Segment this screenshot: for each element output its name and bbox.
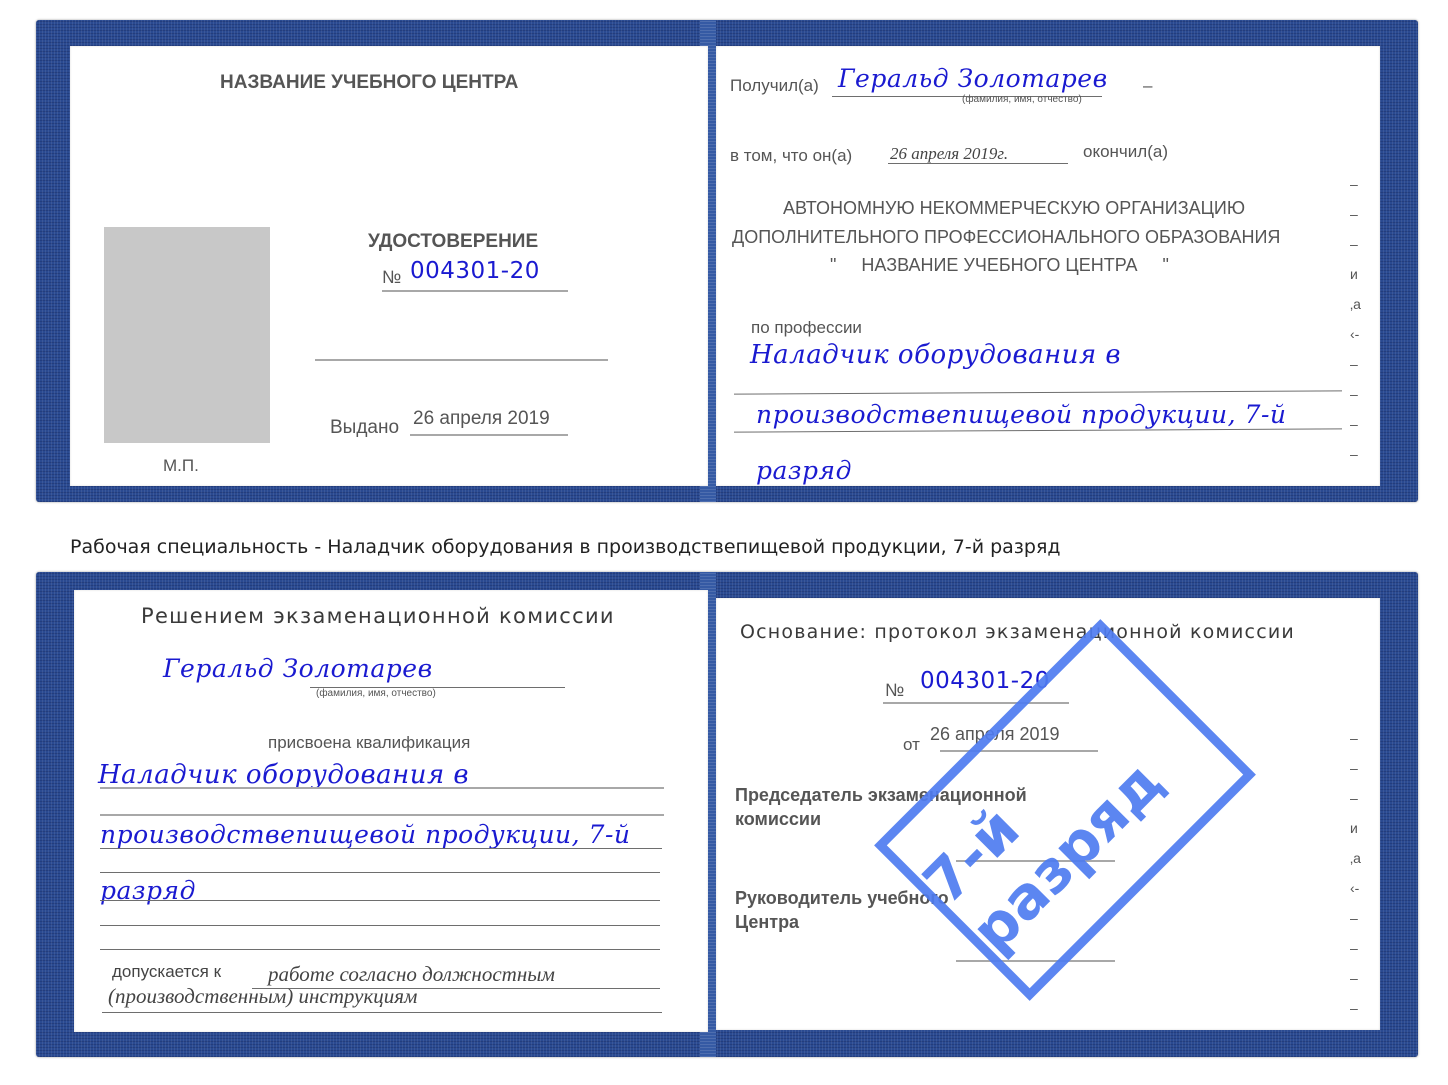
photo-placeholder bbox=[104, 227, 270, 443]
profession-line-2: производствепищевой продукции, 7-й bbox=[756, 400, 1287, 429]
number-underline bbox=[382, 290, 568, 292]
edge-glyph: – bbox=[1350, 970, 1358, 986]
edge-glyph: и bbox=[1350, 820, 1358, 836]
qualification-underline-1b bbox=[100, 814, 664, 816]
issued-date: 26 апреля 2019 bbox=[413, 408, 550, 430]
profession-line-3: разряд bbox=[756, 456, 852, 485]
blank-underline bbox=[315, 359, 608, 361]
issued-label: Выдано bbox=[330, 417, 399, 439]
specialty-caption: Рабочая специальность - Наладчик оборудо… bbox=[70, 534, 1070, 560]
completion-underline bbox=[888, 163, 1068, 164]
protocol-number-label: № bbox=[885, 680, 904, 701]
recipient-name: Геральд Золотарев bbox=[838, 64, 1108, 93]
qualification-line-2: производствепищевой продукции, 7-й bbox=[100, 820, 631, 849]
edge-glyph: и bbox=[1350, 266, 1358, 282]
edge-glyph: – bbox=[1350, 760, 1358, 776]
qualification-underline-2 bbox=[100, 848, 662, 849]
edge-glyph: – bbox=[1350, 446, 1358, 462]
edge-glyph: – bbox=[1350, 940, 1358, 956]
qualification-line-1: Наладчик оборудования в bbox=[98, 760, 469, 790]
certificate-number: 004301-20 bbox=[410, 258, 540, 284]
edge-glyph: – bbox=[1350, 730, 1358, 746]
edge-glyph: – bbox=[1350, 416, 1358, 432]
edge-glyph: – bbox=[1350, 1000, 1358, 1016]
in-that-label: в том, что он(а) bbox=[730, 146, 852, 166]
edge-glyph: ‚а bbox=[1350, 296, 1361, 312]
org-line-1: АВТОНОМНУЮ НЕКОММЕРЧЕСКУЮ ОРГАНИЗАЦИЮ bbox=[783, 198, 1245, 219]
completion-date: 26 апреля 2019г. bbox=[890, 144, 1008, 164]
edge-glyph: – bbox=[1350, 356, 1358, 372]
head-line-1: Руководитель учебного bbox=[735, 888, 949, 909]
received-label: Получил(а) bbox=[730, 76, 819, 96]
qualification-label: присвоена квалификация bbox=[268, 733, 470, 753]
basis-label: Основание: протокол экзаменационной коми… bbox=[740, 621, 1295, 643]
edge-glyph: – bbox=[1350, 206, 1358, 222]
top-edge-chars: –––и‚а‹-–––– bbox=[1350, 176, 1370, 476]
admitted-underline-2 bbox=[102, 1012, 662, 1013]
bottom-edge-chars: –––и‚а‹-–––– bbox=[1350, 730, 1370, 1030]
document-title: УДОСТОВЕРЕНИЕ bbox=[368, 231, 538, 253]
name-hint: (фамилия, имя, отчество) bbox=[962, 94, 1082, 105]
recipient-name-bottom: Геральд Золотарев bbox=[163, 654, 433, 683]
qualification-underline-4 bbox=[100, 949, 660, 950]
stamp-place-label: М.П. bbox=[163, 456, 199, 476]
chairman-line-2: комиссии bbox=[735, 809, 821, 830]
qualification-underline-1 bbox=[100, 787, 664, 789]
profession-label: по профессии bbox=[751, 318, 862, 338]
edge-glyph: – bbox=[1350, 386, 1358, 402]
issued-underline bbox=[410, 434, 568, 436]
edge-glyph: ‹- bbox=[1350, 326, 1359, 342]
profession-line-1: Наладчик оборудования в bbox=[750, 340, 1121, 370]
admitted-label: допускается к bbox=[112, 962, 221, 982]
decision-title: Решением экзаменационной комиссии bbox=[141, 604, 615, 628]
head-line-2: Центра bbox=[735, 912, 799, 933]
edge-glyph: – bbox=[1350, 910, 1358, 926]
admitted-line-2: (производственным) инструкциям bbox=[108, 984, 417, 1009]
edge-glyph: – bbox=[1350, 236, 1358, 252]
edge-glyph: ‚а bbox=[1350, 850, 1361, 866]
qualification-underline-2b bbox=[100, 872, 660, 873]
from-label: от bbox=[903, 735, 920, 755]
qualification-underline-3b bbox=[100, 925, 660, 926]
org-name-heading: НАЗВАНИЕ УЧЕБНОГО ЦЕНТРА bbox=[220, 72, 518, 94]
edge-glyph: ‹- bbox=[1350, 880, 1359, 896]
org-line-3: " НАЗВАНИЕ УЧЕБНОГО ЦЕНТРА " bbox=[830, 255, 1169, 276]
dash: – bbox=[1143, 76, 1152, 96]
qualification-underline-3 bbox=[100, 900, 660, 901]
org-line-2: ДОПОЛНИТЕЛЬНОГО ПРОФЕССИОНАЛЬНОГО ОБРАЗО… bbox=[732, 227, 1280, 248]
edge-glyph: – bbox=[1350, 176, 1358, 192]
edge-glyph: – bbox=[1350, 790, 1358, 806]
number-label: № bbox=[382, 267, 401, 288]
name-hint-bottom: (фамилия, имя, отчество) bbox=[316, 688, 436, 699]
completed-label: окончил(а) bbox=[1083, 142, 1168, 162]
